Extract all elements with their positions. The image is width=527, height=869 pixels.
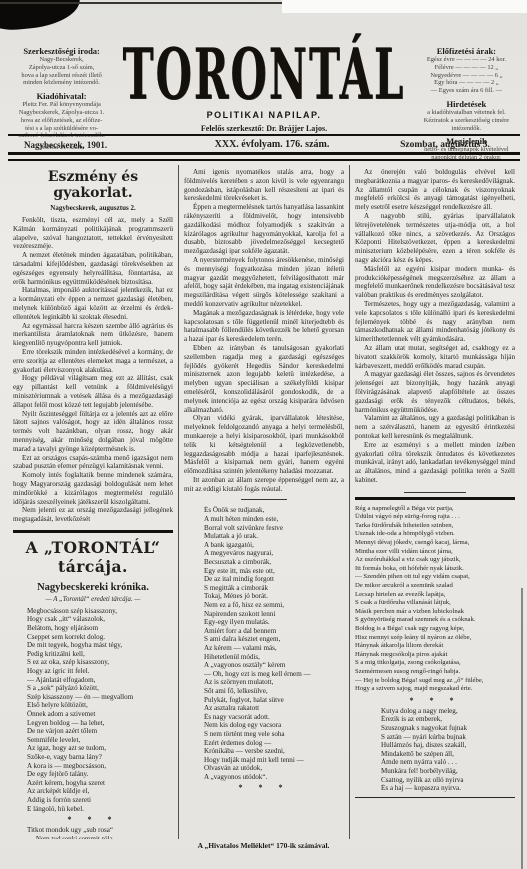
paragraph: Erre az eszményi s a mellett minden ízéb…: [355, 441, 515, 485]
verse-line: S csak a fürdőruha villanását látjuk,: [355, 599, 515, 608]
verse-line: Szemérmesen susog rengő-ringó habja.: [355, 668, 515, 677]
verse-line: Az arcképét küldje el,: [27, 787, 173, 796]
subscription-box: Előfizetési árak: Egész évre — — — — 24 …: [413, 38, 520, 134]
scan-ink-blob: [0, 0, 82, 33]
verse-line: De ne várjon azért tőlem: [27, 727, 173, 736]
verse-line: Boldog is a Béga! csak ugy ragyog képe,: [355, 625, 515, 634]
price-line: Félévre — — — — 12 „: [413, 64, 520, 72]
editorial-office-box: Szerkesztőségi iroda: Nagy-Becskerek,Záp…: [8, 38, 115, 134]
verse-line: S aztán — nyári kúrba bujnak: [381, 733, 515, 742]
verse-line: A „vagyonos osztály“ kérem: [204, 661, 344, 670]
verse-line: Kutya dolog a nagy meleg,: [381, 707, 515, 716]
paragraph: A nemzet életének minden ágazatában, pol…: [13, 251, 173, 286]
paragraph: Magának a mezőgazdaságnak is létérdeke, …: [184, 309, 344, 344]
paragraph: Éppen a megtermelésnek tartós hanyatlása…: [184, 203, 344, 256]
stars-separator: * * *: [184, 783, 344, 792]
verse-line: Rég a napmelegtől a Béga viz partja,: [355, 505, 515, 514]
body-columns: Eszmény és gyakorlat. Nagybecskerek, aug…: [8, 165, 520, 839]
paragraph: Nyilt őszinteséggel föltárja ez a jelent…: [13, 410, 173, 454]
dateline-place: Nagybecskerek, 1901.: [8, 140, 174, 150]
subscription-heading: Előfizetési árak:: [413, 46, 520, 56]
verse-line: Cseppet sem korrekt dolog.: [27, 633, 173, 642]
verse-line: — Hej te boldog Béga! sugd meg az „ő“ fü…: [355, 677, 515, 686]
verse-line: S a mig titkolgatja, zsong csókolgatása,: [355, 659, 515, 668]
feuilleton-verse-col3b: Kutya dolog a nagy meleg,Érezik is az em…: [381, 707, 515, 793]
editorial-office-lines: Nagy-Becskerek,Zápolya-utcza 1-ső szám,h…: [8, 56, 115, 87]
price-line: Negyedévre — — — — 6 „: [413, 72, 520, 80]
paragraph: Nem jelenti ez az ország mezőgazdasági j…: [13, 506, 173, 524]
verse-line: Itt formás boka, ott hófehér nyak látszi…: [355, 565, 515, 574]
article-col1-paragraphs: Fenkölt, tiszta, eszményi cél az, mely a…: [13, 216, 173, 524]
paragraph: Ami igenis nyomatékos utalás arra, hogy …: [184, 168, 344, 203]
verse-line: Tokaj, Ménes jó borát.: [204, 592, 344, 601]
verse-line: Titkot mondok ugy „sub rosa“: [27, 826, 173, 835]
verse-line: Borral volt szivünkre festve: [204, 524, 344, 533]
verse-line: Nem ez a fő, hisz ez semmi,: [204, 601, 344, 610]
verse-line: Másik percben már a vizben lubickolnak: [355, 608, 515, 617]
verse-line: De az ital mindig forgott: [204, 575, 344, 584]
verse-line: Egy-egy ilyen mulatás.: [204, 618, 344, 627]
verse-line: S a „sok“ pályázó között,: [27, 684, 173, 693]
verse-line: Hogy csak „itt“ válaszolok,: [27, 615, 173, 624]
verse-line: Belátom, hogy eljárásom: [27, 624, 173, 633]
feuilleton-verse-col3: Rég a napmelegtől a Béga viz partja,Üdül…: [355, 505, 515, 694]
verse-line: De egy fejtörő talány.: [27, 770, 173, 779]
office-line: hova a lap szellemi részét illető: [8, 72, 115, 80]
masthead: Szerkesztőségi iroda: Nagy-Becskerek,Záp…: [8, 38, 520, 134]
paragraph: Ezt az országos csapás-számba menő igazs…: [13, 454, 173, 472]
article-col2-paragraphs: Ami igenis nyomatékos utalás arra, hogy …: [184, 168, 344, 493]
verse-line: Azért kérem, hogyha szeret: [27, 779, 173, 788]
publisher-line: Pleitz Fer. Pál könyvnyomdája: [8, 101, 115, 109]
verse-line: Nem kis dolog egy vacsora: [204, 721, 344, 730]
verse-line: Olvasván az utódok,: [204, 764, 344, 773]
dateline-day: Szombat, augusztus 3.: [370, 140, 520, 150]
verse-line: És a haj — kopaszra nyirva.: [381, 784, 515, 793]
verse-line: Mennyi dévaj jókedv, csengő kacaj, lárma…: [355, 539, 515, 548]
verse-line: Hánynak átkarolja liliom derekát: [355, 642, 515, 651]
verse-line: Mulattak a jó urak.: [204, 532, 344, 541]
paragraph: Hogy példával világítsam meg ezt az állí…: [13, 374, 173, 409]
masthead-rule: [8, 152, 520, 161]
office-line: minden közlemény intézendő.: [8, 79, 115, 87]
page-edge-line: [521, 588, 523, 869]
paragraph: Ebben az irányban és tanulságosan gyakor…: [184, 344, 344, 414]
verse-line: Szuszognak s nagyokat fujnak: [381, 724, 515, 733]
verse-line: — Oh, hogy ezt is meg kell érnem —: [204, 670, 344, 679]
paragraph: Másfelől az egyéni kisipar modern munka-…: [355, 265, 515, 300]
feuilleton-verse-col2: És Önök se tudjanak,A mult héten minden …: [204, 506, 344, 781]
verse-line: Semmiféle levelet,: [27, 736, 173, 745]
publisher-line: hova az előfizetések, az előfize-: [8, 117, 115, 125]
verse-line: Hihetetlenül módis,: [204, 653, 344, 662]
paragraph: Itt azonban az állam szerepe éppenséggel…: [184, 476, 344, 494]
verse-line: A „vagyonos utódok“.: [204, 773, 344, 782]
verse-line: Hullámzós haj, diszes szakáll,: [381, 741, 515, 750]
paragraph: Az állam utat mutat, segítséget ad, csak…: [355, 344, 515, 370]
dateline-issue: XXX. évfolyam. 176. szám.: [174, 139, 370, 150]
paragraph: A nagyobb stilü, gyárias iparvállalatok …: [355, 212, 515, 265]
verse-line: Önnek adom a szivemet: [27, 710, 173, 719]
verse-line: — Nem tud senki semmit róla: [27, 835, 173, 839]
verse-line: Munkára fel! borbélyvilág,: [381, 767, 515, 776]
stars-separator: * * *: [13, 815, 173, 824]
feuilleton-header: A „TORONTÁL“ tárcája.: [13, 530, 173, 576]
verse-line: De mit tegyek, hogyha mást tégy,: [27, 641, 173, 650]
verse-line: Addig is forrón szereti: [27, 796, 173, 805]
verse-line: — Szendén pihen ott tul egy vidám csapat…: [355, 573, 515, 582]
scan-white-strip: [282, 0, 527, 13]
verse-line: S nem történt meg vele soha: [204, 730, 344, 739]
verse-line: Hisz mennyi szép leány ül nyáron az öléb…: [355, 634, 515, 643]
article-col3-paragraphs: Az önerején való boldogulás elvével kell…: [355, 168, 515, 485]
column-1: Eszmény és gyakorlat. Nagybecskerek, aug…: [8, 165, 178, 839]
ads-line: Kéziratok a szerkesztőség cimére: [413, 117, 520, 125]
price-line: Egy hóra — — — — 2 „: [413, 79, 520, 87]
scan-edge-line: [0, 2, 305, 4]
feuilleton-top-rule: [355, 497, 515, 500]
verse-line: S gyönyörüség marad szemnek és a csóknak…: [355, 616, 515, 625]
price-line: — Egyes szám ára 6 fill. —: [413, 87, 520, 95]
office-line: Zápolya-utcza 1-ső szám,: [8, 64, 115, 72]
column-2: Ami igenis nyomatékos utalás arra, hogy …: [178, 165, 349, 839]
verse-line: A megyeváros nagyurai,: [204, 549, 344, 558]
ads-line: a kiadóhivatalban vétetnek fel.: [413, 109, 520, 117]
verse-line: Hogy tudják majd mit kell tenni —: [204, 756, 344, 765]
verse-line: S ami dalra késztet engem,: [204, 635, 344, 644]
verse-line: Egy este itt, más este ott,: [204, 567, 344, 576]
column-end-rule: [355, 797, 515, 798]
paragraph: Komoly intés foglaltatik benne mindenek …: [13, 471, 173, 506]
verse-line: A kora is — megbocsásson,: [27, 762, 173, 771]
verse-line: De mikor arcukról a szemünk szalad: [355, 582, 515, 591]
verse-line: És Önök se tudjanak,: [204, 506, 344, 515]
verse-line: Ezért érdemes dolog —: [204, 739, 344, 748]
feuilleton-subtitle: — A „Torontál“ eredeti tárcája. —: [13, 596, 173, 603]
verse-line: Az igaz, hogy azt se tudom,: [27, 744, 173, 753]
paragraph: Fenkölt, tiszta, eszményi cél az, mely a…: [13, 216, 173, 251]
verse-line: Hogy a szivem sajog, majd megszakad érte…: [355, 685, 515, 694]
verse-line: Sőt ami fő, lelkesülve,: [204, 687, 344, 696]
verse-line: Hánynak megcsókolja piros ajakát: [355, 651, 515, 660]
ads-lines: a kiadóhivatalban vétetnek fel.Kéziratok…: [413, 109, 520, 132]
paragraph: Hatalmas, imponáló auktoritással jelentk…: [13, 286, 173, 321]
verse-line: Érezik is az emberek,: [381, 715, 515, 724]
section-rule: [241, 499, 287, 500]
verse-line: Lecsap hirtelen az evezők lapátja,: [355, 591, 515, 600]
ads-heading: Hirdetések: [413, 99, 520, 109]
verse-line: Usznak ide-oda a hömpölygő vizben.: [355, 530, 515, 539]
verse-line: Az asztalra rakatott: [204, 704, 344, 713]
publisher-line: Nagybecskerek, Zápolya-utcza 1.: [8, 109, 115, 117]
verse-line: Megbocsásson szép kisasszony,: [27, 607, 173, 616]
verse-line: Tarka fürdőruhák hihetetlen szinben,: [355, 522, 515, 531]
column-3: Az önerején való boldogulás elvével kell…: [349, 165, 520, 839]
stars-separator: * * *: [355, 696, 515, 705]
verse-line: Mintha ezer villi vidám táncot járna,: [355, 548, 515, 557]
paragraph: Természetes, hogy ugy a mezőgazdaság, va…: [355, 300, 515, 344]
verse-line: Első helyre költözött,: [27, 701, 173, 710]
verse-line: Amiért forr a dal bennem: [204, 627, 344, 636]
masthead-center: TORONTÁL POLITIKAI NAPILAP. Felelős szer…: [115, 38, 413, 134]
subscription-prices: Egész évre — — — — 24 kor.Félévre — — — …: [413, 56, 520, 95]
verse-line: És nagy vacsorát adott.: [204, 713, 344, 722]
verse-line: S ez az oka, szép kisasszony,: [27, 658, 173, 667]
price-line: Egész évre — — — — 24 kor.: [413, 56, 520, 64]
publisher-line: tési s a lap szétküldésére vo-: [8, 125, 115, 133]
dateline-row: Nagybecskerek, 1901. XXX. évfolyam. 176.…: [8, 134, 520, 153]
verse-line: Üdülni vágyó nép sürög-forog rajta . . .: [355, 513, 515, 522]
paper-title: TORONTÁL: [123, 34, 406, 146]
verse-line: Pulykát, foglyot, halat sütve: [204, 696, 344, 705]
office-line: Nagy-Becskerek,: [8, 56, 115, 64]
verse-line: S megitták a cimborák: [204, 584, 344, 593]
ads-line: intézendők.: [413, 125, 520, 133]
verse-line: A bank igazgatói,: [204, 541, 344, 550]
verse-line: Krónikába — versbe szedni,: [204, 747, 344, 756]
feuilleton-title: Nagybecskereki krónika.: [13, 582, 173, 593]
feuilleton-verse-col1b: Titkot mondok ugy „sub rosa“— Nem tud se…: [27, 826, 173, 839]
paragraph: Az önerején való boldogulás elvével kell…: [355, 168, 515, 212]
publisher-heading: Kiadóhivatal:: [8, 91, 115, 101]
editorial-office-heading: Szerkesztőségi iroda:: [8, 46, 115, 56]
paragraph: Az egymással harcra készen szembe álló a…: [13, 322, 173, 348]
verse-line: Becsusztak a cimborák,: [204, 558, 344, 567]
verse-line: Ámde nem nyárra való . . .: [381, 758, 515, 767]
verse-line: Az is szörnyen mulatott,: [204, 678, 344, 687]
paragraph: Valamint az általános, ugy a gazdasági p…: [355, 414, 515, 440]
verse-line: Legyen boldog — ha lehet,: [27, 719, 173, 728]
article-end-rule: [404, 492, 466, 493]
verse-line: E lángoló, hü kebel.: [27, 805, 173, 814]
newspaper-page: Szerkesztőségi iroda: Nagy-Becskerek,Záp…: [0, 0, 527, 869]
paragraph: Olyan vidéki gyárak, iparvállalatok léte…: [184, 414, 344, 476]
article-title: Eszmény és gyakorlat.: [13, 169, 173, 201]
feuilleton-verse-col1: Megbocsásson szép kisasszony,Hogy csak „…: [27, 607, 173, 813]
article-dateline: Nagybecskerek, augusztus 2.: [13, 204, 173, 212]
verse-line: Az uszóruhákkal a viz csak ugy játszik,: [355, 556, 515, 565]
verse-line: — Ajánlatát elfogadom,: [27, 676, 173, 685]
supplement-note: A „Hivatalos Melléklet“ 170-ik számával.: [0, 841, 527, 850]
paragraph: A magyar gazdasági élet összes, sajnos é…: [355, 370, 515, 414]
verse-line: Szőke-e, vagy barna lány?: [27, 753, 173, 762]
verse-line: Mindakettő be szépen áll,: [381, 750, 515, 759]
verse-line: Szép kisasszony — én — megvallom: [27, 693, 173, 702]
paragraph: A nyerstermények folytonos áresökkenése,…: [184, 256, 344, 309]
verse-line: Az kérem — valami más,: [204, 644, 344, 653]
verse-line: A mult héten minden este,: [204, 515, 344, 524]
verse-line: Hogy az igric itt felel.: [27, 667, 173, 676]
verse-line: Pedig kritizálni kell,: [27, 650, 173, 659]
verse-line: Napirenden szokott lenni: [204, 610, 344, 619]
verse-line: Csattog, nyilik az olló nyirva: [381, 776, 515, 785]
paragraph: Erre törekszik minden intézkedésével a k…: [13, 348, 173, 374]
